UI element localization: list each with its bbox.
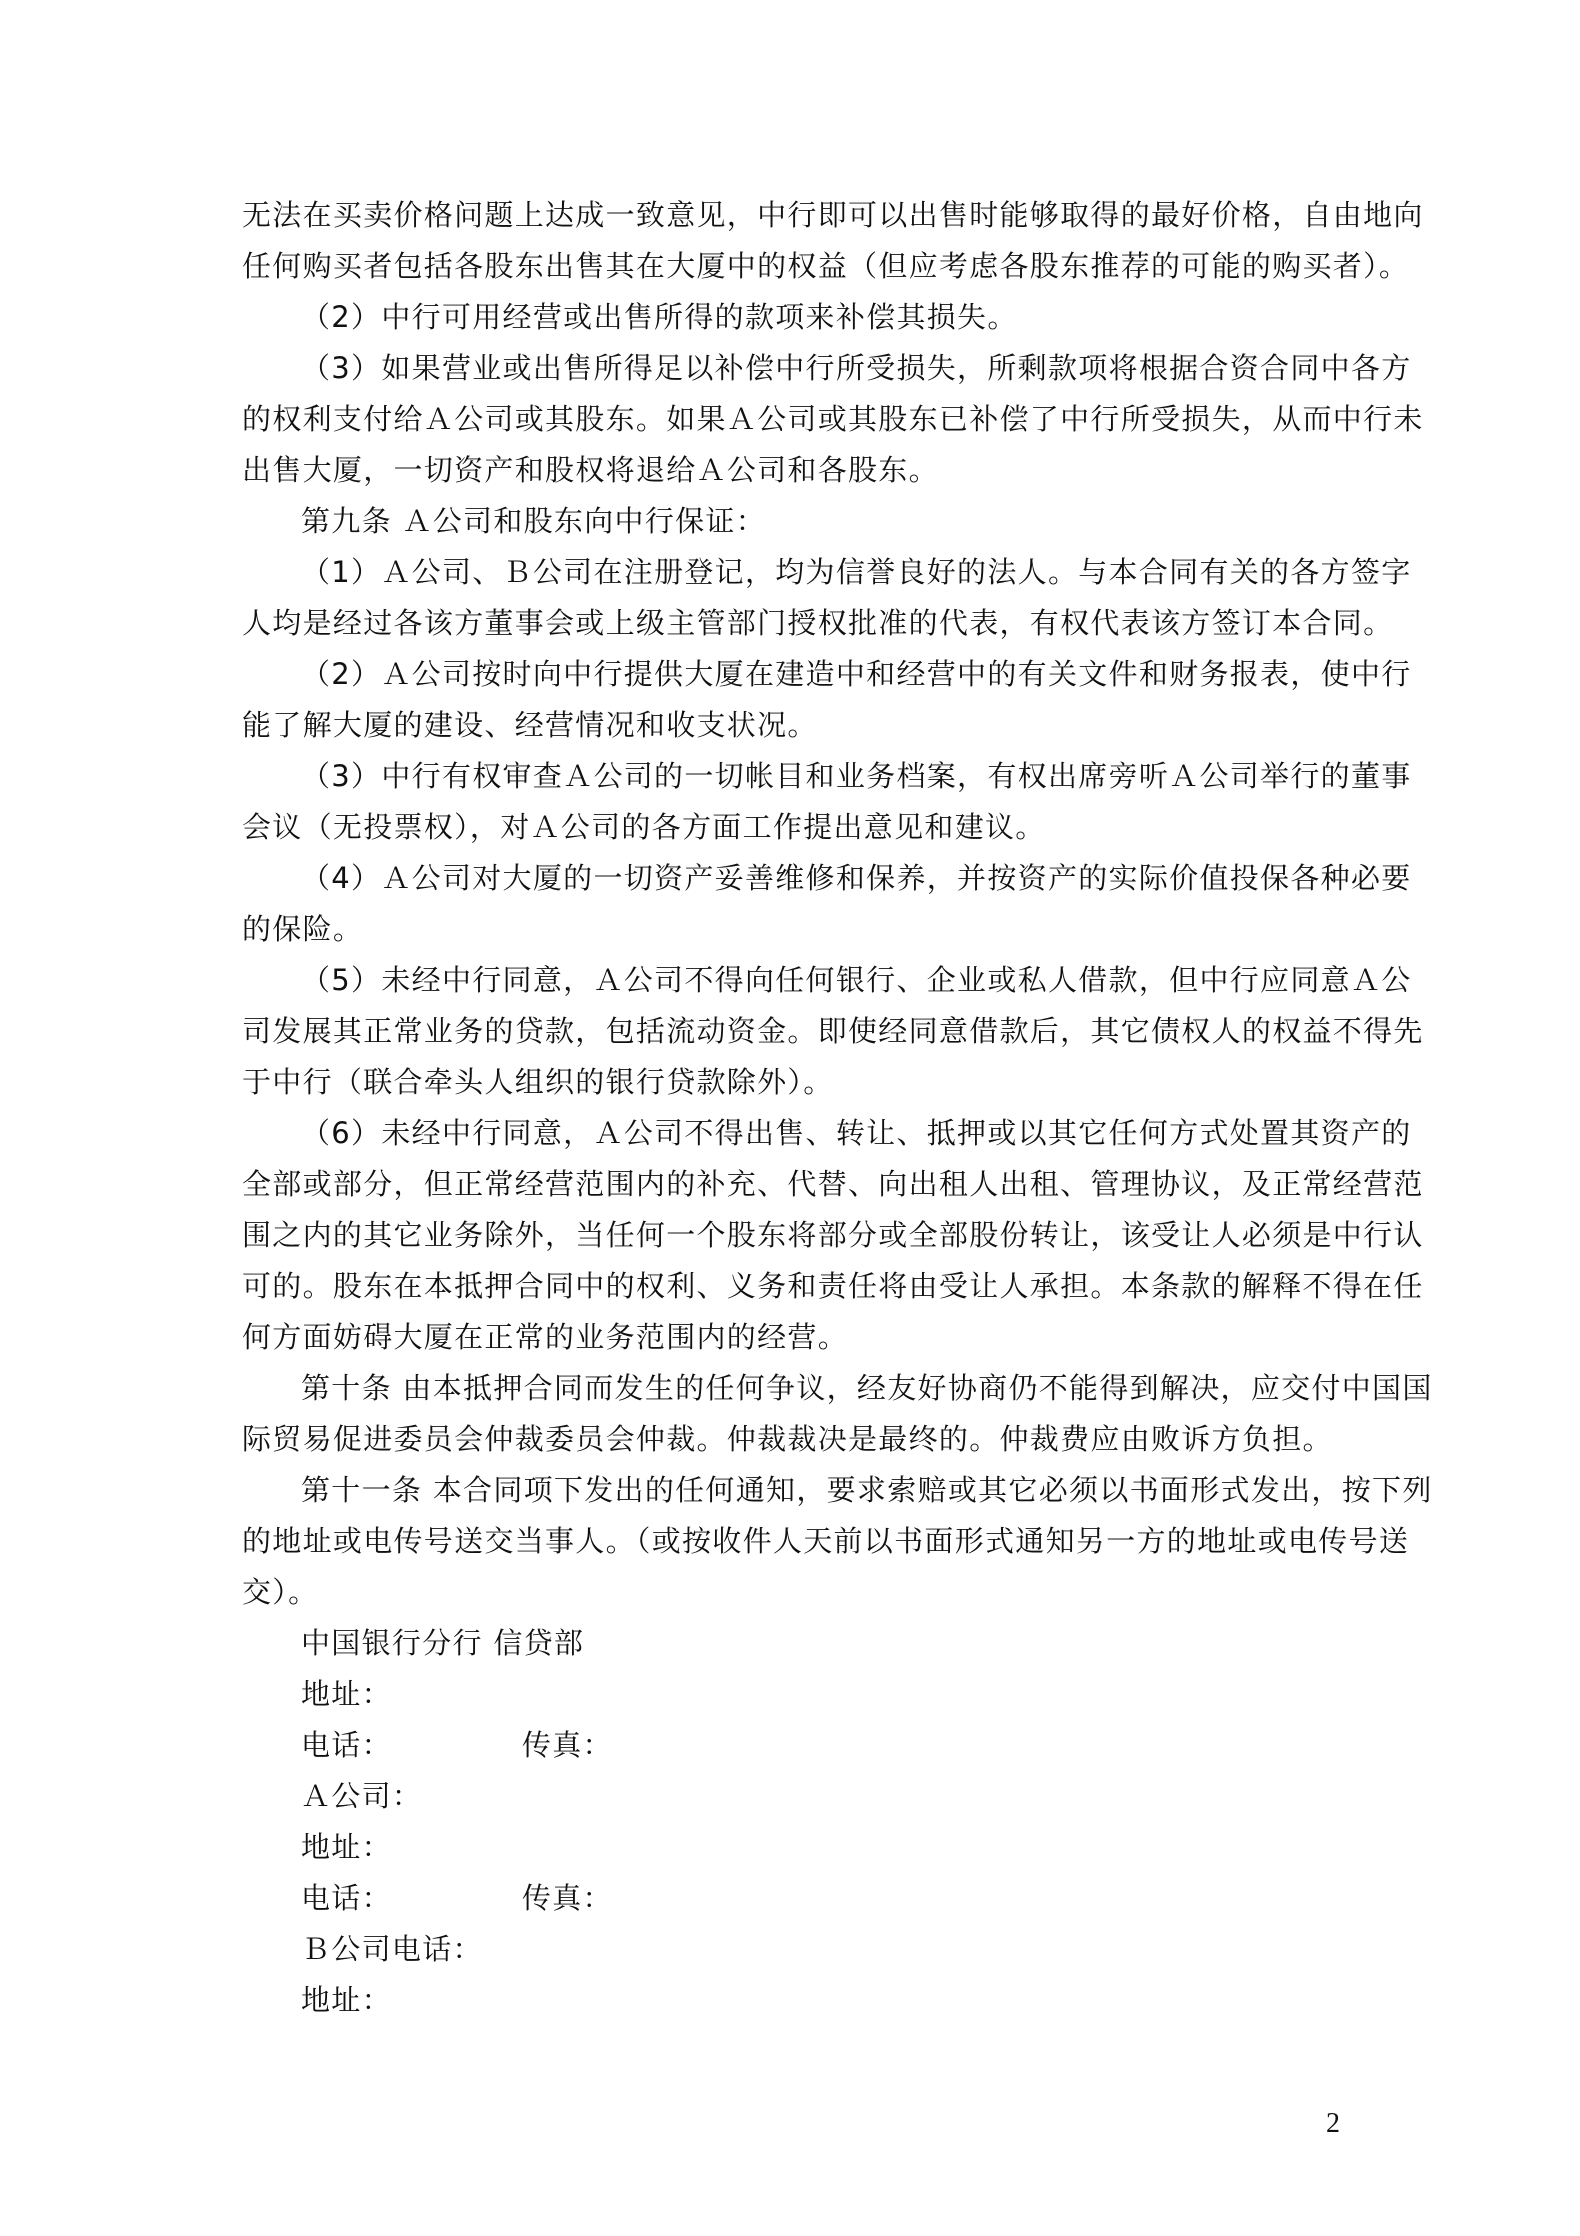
article-9-item-1: （1）Ａ公司、Ｂ公司在注册登记，均为信誉良好的法人。与本合同有关的各方签字 人均…	[242, 547, 1352, 649]
text-line: 的保险。	[242, 904, 1352, 955]
article-9: 第九条 Ａ公司和股东向中行保证： （1）Ａ公司、Ｂ公司在注册登记，均为信誉良好的…	[242, 496, 1352, 1363]
text-line: （3）如果营业或出售所得足以补偿中行所受损失，所剩款项将根据合资合同中各方	[242, 343, 1352, 394]
company-b-phone-label: Ｂ公司电话：	[242, 1924, 1352, 1975]
text-line: 全部或部分，但正常经营范围内的补充、代替、向出租人出租、管理协议，及正常经营范	[242, 1159, 1352, 1210]
paragraph-continuation: 无法在买卖价格问题上达成一致意见，中行即可以出售时能够取得的最好价格，自由地向 …	[242, 190, 1352, 292]
company-a-phone-label: 电话：	[301, 1881, 392, 1915]
text-line: 可的。股东在本抵押合同中的权利、义务和责任将由受让人承担。本条款的解释不得在任	[242, 1261, 1352, 1312]
article-9-item-2: （2）Ａ公司按时向中行提供大厦在建造中和经营中的有关文件和财务报表，使中行 能了…	[242, 649, 1352, 751]
article-9-item-6: （6）未经中行同意，Ａ公司不得出售、转让、抵押或以其它任何方式处置其资产的 全部…	[242, 1108, 1352, 1363]
bank-address-label: 地址：	[242, 1669, 1352, 1720]
company-b-address-label: 地址：	[242, 1975, 1352, 2026]
company-a-fax-label: 传真：	[522, 1881, 613, 1915]
text-line: 司发展其正常业务的贷款，包括流动资金。即使经同意借款后，其它债权人的权益不得先	[242, 1006, 1352, 1057]
text-line: 于中行（联合牵头人组织的银行贷款除外）。	[242, 1057, 1352, 1108]
text-line: 无法在买卖价格问题上达成一致意见，中行即可以出售时能够取得的最好价格，自由地向	[242, 190, 1352, 241]
text-line: 人均是经过各该方董事会或上级主管部门授权批准的代表，有权代表该方签订本合同。	[242, 598, 1352, 649]
page-body: 无法在买卖价格问题上达成一致意见，中行即可以出售时能够取得的最好价格，自由地向 …	[242, 190, 1352, 2026]
text-line: 的权利支付给Ａ公司或其股东。如果Ａ公司或其股东已补偿了中行所受损失，从而中行未	[242, 394, 1352, 445]
article-9-item-3: （3）中行有权审查Ａ公司的一切帐目和业务档案，有权出席旁听Ａ公司举行的董事 会议…	[242, 751, 1352, 853]
text-line: （3）中行有权审查Ａ公司的一切帐目和业务档案，有权出席旁听Ａ公司举行的董事	[242, 751, 1352, 802]
article-9-item-4: （4）Ａ公司对大厦的一切资产妥善维修和保养，并按资产的实际价值投保各种必要 的保…	[242, 853, 1352, 955]
text-line: 能了解大厦的建设、经营情况和收支状况。	[242, 700, 1352, 751]
text-line: 际贸易促进委员会仲裁委员会仲裁。仲裁裁决是最终的。仲裁费应由败诉方负担。	[242, 1414, 1352, 1465]
text-line: 交）。	[242, 1567, 1352, 1618]
text-line: （2）中行可用经营或出售所得的款项来补偿其损失。	[242, 292, 1352, 343]
bank-phone-fax-row: 电话：传真：	[242, 1720, 1352, 1771]
bank-name: 中国银行分行 信贷部	[242, 1618, 1352, 1669]
text-line: 第十一条 本合同项下发出的任何通知，要求索赔或其它必须以书面形式发出，按下列	[242, 1465, 1352, 1516]
text-line: 围之内的其它业务除外，当任何一个股东将部分或全部股份转让，该受让人必须是中行认	[242, 1210, 1352, 1261]
text-line: 出售大厦，一切资产和股权将退给Ａ公司和各股东。	[242, 445, 1352, 496]
text-line: 会议（无投票权），对Ａ公司的各方面工作提出意见和建议。	[242, 802, 1352, 853]
paragraph-item-8-3: （3）如果营业或出售所得足以补偿中行所受损失，所剩款项将根据合资合同中各方 的权…	[242, 343, 1352, 496]
text-line: 的地址或电传号送交当事人。（或按收件人天前以书面形式通知另一方的地址或电传号送	[242, 1516, 1352, 1567]
text-line: 任何购买者包括各股东出售其在大厦中的权益（但应考虑各股东推荐的可能的购买者）。	[242, 241, 1352, 292]
text-line: 第十条 由本抵押合同而发生的任何争议，经友好协商仍不能得到解决，应交付中国国	[242, 1363, 1352, 1414]
article-10: 第十条 由本抵押合同而发生的任何争议，经友好协商仍不能得到解决，应交付中国国 际…	[242, 1363, 1352, 1465]
text-line: 何方面妨碍大厦在正常的业务范围内的经营。	[242, 1312, 1352, 1363]
article-9-item-5: （5）未经中行同意，Ａ公司不得向任何银行、企业或私人借款，但中行应同意Ａ公 司发…	[242, 955, 1352, 1108]
bank-fax-label: 传真：	[522, 1728, 613, 1762]
text-line: （4）Ａ公司对大厦的一切资产妥善维修和保养，并按资产的实际价值投保各种必要	[242, 853, 1352, 904]
article-11: 第十一条 本合同项下发出的任何通知，要求索赔或其它必须以书面形式发出，按下列 的…	[242, 1465, 1352, 1618]
contact-block-bank: 中国银行分行 信贷部 地址： 电话：传真：	[242, 1618, 1352, 1771]
text-line: （1）Ａ公司、Ｂ公司在注册登记，均为信誉良好的法人。与本合同有关的各方签字	[242, 547, 1352, 598]
article-9-heading: 第九条 Ａ公司和股东向中行保证：	[242, 496, 1352, 547]
paragraph-item-8-2: （2）中行可用经营或出售所得的款项来补偿其损失。	[242, 292, 1352, 343]
text-line: （6）未经中行同意，Ａ公司不得出售、转让、抵押或以其它任何方式处置其资产的	[242, 1108, 1352, 1159]
contact-block-company-a: Ａ公司： 地址： 电话：传真：	[242, 1771, 1352, 1924]
company-a-address-label: 地址：	[242, 1822, 1352, 1873]
bank-phone-label: 电话：	[301, 1728, 392, 1762]
company-a-phone-fax-row: 电话：传真：	[242, 1873, 1352, 1924]
text-line: （2）Ａ公司按时向中行提供大厦在建造中和经营中的有关文件和财务报表，使中行	[242, 649, 1352, 700]
contact-block-company-b: Ｂ公司电话： 地址：	[242, 1924, 1352, 2026]
company-a-name: Ａ公司：	[242, 1771, 1352, 1822]
text-line: （5）未经中行同意，Ａ公司不得向任何银行、企业或私人借款，但中行应同意Ａ公	[242, 955, 1352, 1006]
page-number: 2	[1326, 2108, 1340, 2140]
document-page: 无法在买卖价格问题上达成一致意见，中行即可以出售时能够取得的最好价格，自由地向 …	[0, 0, 1580, 2236]
